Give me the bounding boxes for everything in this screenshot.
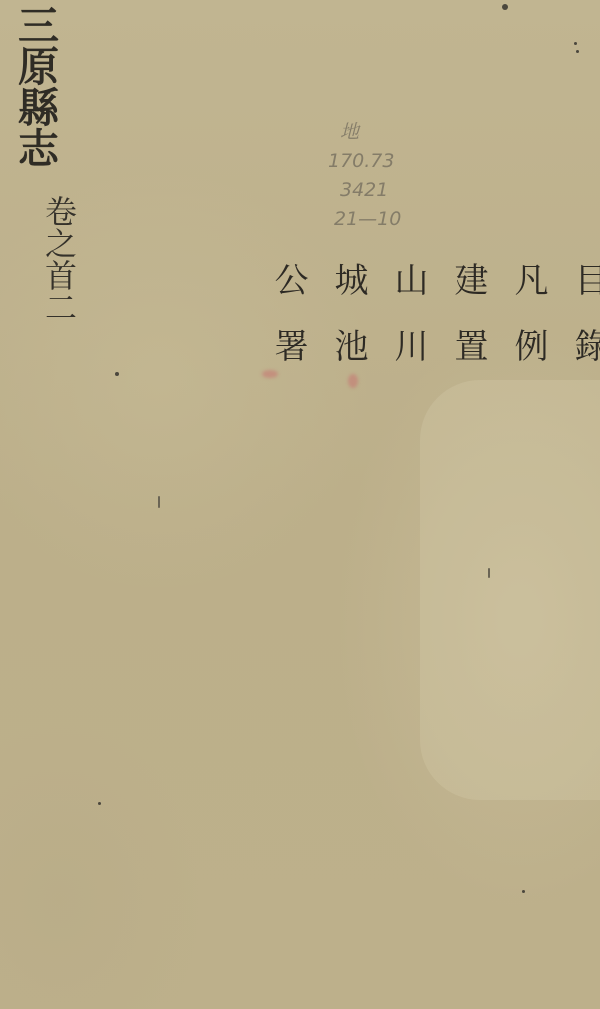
pencil-annotation: 地 170.73 3421 21—10 xyxy=(328,118,438,234)
ink-speck xyxy=(522,890,525,893)
ink-speck xyxy=(576,50,579,53)
red-seal-mark xyxy=(348,374,358,388)
ink-speck xyxy=(574,42,577,45)
annotation-line: 地 xyxy=(328,118,438,147)
toc-item: 建置 xyxy=(448,262,488,394)
paper-fiber xyxy=(488,568,490,578)
ink-speck xyxy=(502,4,508,10)
toc-item: 城池 xyxy=(328,262,368,394)
red-seal-mark xyxy=(262,370,278,378)
ink-speck xyxy=(115,372,119,376)
annotation-line: 170.73 xyxy=(328,147,438,176)
paper-fiber xyxy=(158,496,160,508)
toc-heading: 目錄 xyxy=(568,262,600,394)
table-of-contents: 目錄 凡例 建置 山川 城池 公署 xyxy=(268,262,600,394)
toc-item: 凡例 xyxy=(508,262,548,394)
volume-label: 卷之首二 xyxy=(40,195,78,323)
annotation-line: 21—10 xyxy=(328,205,438,234)
book-title: 三原縣志 xyxy=(12,4,58,168)
paper-stain xyxy=(420,380,600,800)
ink-speck xyxy=(98,802,101,805)
toc-item: 山川 xyxy=(388,262,428,394)
book-page: 三原縣志 卷之首二 地 170.73 3421 21—10 目錄 凡例 建置 山… xyxy=(0,0,600,1009)
annotation-line: 3421 xyxy=(328,176,438,205)
